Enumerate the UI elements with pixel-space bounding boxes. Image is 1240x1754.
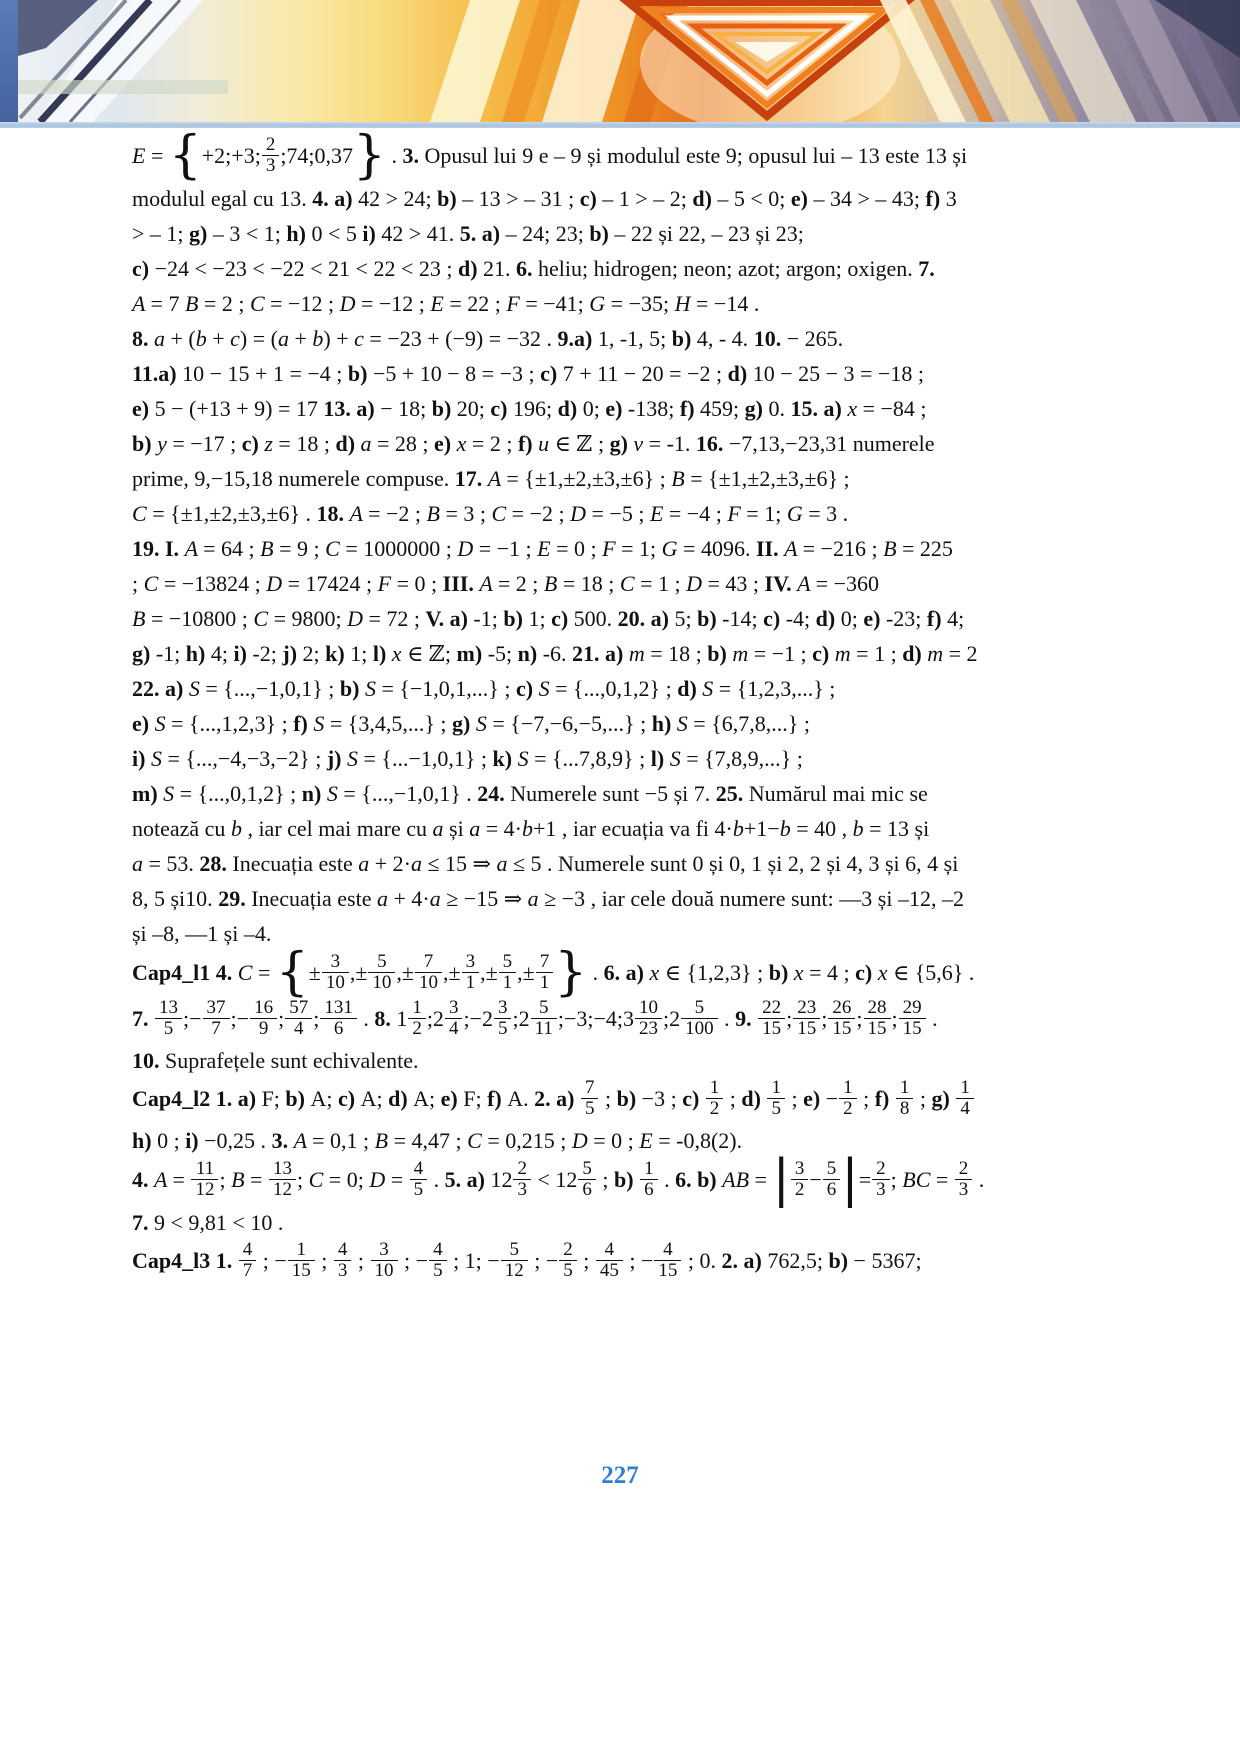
text-run: e) (791, 186, 814, 211)
text-run: −3 ; (642, 1086, 683, 1111)
text-run: ; (316, 1248, 333, 1273)
text-run: a (377, 886, 394, 911)
fraction: 2615 (827, 998, 856, 1040)
text-run: A (294, 1128, 313, 1153)
text-run: ) = ( (240, 326, 278, 351)
text-run: A (350, 501, 369, 526)
fraction: 415 (653, 1240, 682, 1282)
text-run: F (727, 501, 746, 526)
text-run: 0; (583, 396, 606, 421)
text-run: e) (863, 606, 886, 631)
fraction: 56 (822, 1159, 842, 1201)
text-run: = 4· (486, 816, 522, 841)
text-run: -2; (252, 641, 282, 666)
text-run: S (476, 711, 493, 736)
text-run: j) (327, 746, 347, 771)
text-line: 8, 5 și10. 29. Inecuația este a + 4·a ≥ … (132, 883, 1114, 915)
text-run: prime, 9,−15,18 numerele compuse. (132, 466, 455, 491)
fraction: 445 (595, 1240, 624, 1282)
text-run: ; (297, 1167, 309, 1192)
text-run: B (260, 536, 279, 561)
text-run: h) (652, 711, 677, 736)
text-run: 0; (841, 606, 864, 631)
text-run: = 43 ; (708, 571, 765, 596)
text-run: 6. b) (675, 1167, 722, 1192)
text-run: = 22 ; (449, 291, 506, 316)
text-run: m (732, 641, 753, 666)
text-run: F (378, 571, 397, 596)
text-run: A (479, 571, 498, 596)
text-run: g) (932, 1086, 956, 1111)
text-run: = −12 ; (270, 291, 339, 316)
fraction: 51 (498, 952, 518, 994)
text-run: = −12 ; (361, 291, 430, 316)
text-run: 196; (513, 396, 558, 421)
text-run: d) (902, 641, 927, 666)
text-run: + (294, 326, 312, 351)
text-run: B (231, 1167, 250, 1192)
text-run: S (313, 711, 330, 736)
text-run: a (469, 816, 486, 841)
fraction: 31 (461, 952, 481, 994)
text-run: 1; (350, 641, 373, 666)
text-run: E (132, 143, 151, 168)
text-run: A; (413, 1086, 441, 1111)
fraction: 574 (284, 998, 313, 1040)
text-run: 10. (754, 326, 787, 351)
text-run: Numerele sunt −5 și 7. (510, 781, 716, 806)
text-run: Suprafețele sunt echivalente. (165, 1048, 419, 1073)
text-run: S (518, 746, 535, 771)
text-run: . (659, 1167, 676, 1192)
text-run: F (602, 536, 621, 561)
text-run: ∈ {1,2,3} ; (665, 960, 769, 985)
text-run: , iar cel mai mare cu (247, 816, 432, 841)
text-run: -1; (156, 641, 186, 666)
text-run: = −4 ; (669, 501, 727, 526)
text-line: B = −10800 ; C = 9800; D = 72 ; V. a) -1… (132, 603, 1114, 635)
fraction: 23 (954, 1159, 974, 1201)
text-run: 459; (700, 396, 745, 421)
text-line: ; C = −13824 ; D = 17424 ; F = 0 ; III. … (132, 568, 1114, 600)
fraction: 12 (838, 1078, 858, 1120)
text-run: +1 , iar ecuația va fi 4· (533, 816, 733, 841)
text-line: Cap4_l3 1. 47 ; −115 ; 43 ; 310 ; −45 ; … (132, 1242, 1114, 1284)
text-run: ,± (443, 960, 461, 985)
text-run: m (835, 641, 856, 666)
text-run: . (587, 960, 604, 985)
text-run: 22. a) (132, 676, 189, 701)
text-run: ≥ −15 ⇒ (446, 886, 527, 911)
fraction: 45 (428, 1240, 448, 1282)
text-run: ;−2 (463, 1006, 493, 1031)
text-run: n) (518, 641, 543, 666)
text-run: a (411, 851, 428, 876)
text-run: 2. a) (534, 1086, 580, 1111)
text-run: D (570, 501, 591, 526)
text-run: = 28 ; (377, 431, 434, 456)
fraction: 12 (705, 1078, 725, 1120)
text-line: b) y = −17 ; c) z = 18 ; d) a = 28 ; e) … (132, 428, 1114, 460)
fraction: 14 (955, 1078, 975, 1120)
text-run: i) (185, 1128, 204, 1153)
text-run: 15. a) (790, 396, 847, 421)
text-run: = −35; (611, 291, 675, 316)
text-run: C (238, 960, 258, 985)
text-run: − 265. (787, 326, 843, 351)
text-run: a (132, 851, 149, 876)
text-run: b) (503, 606, 528, 631)
text-run: -1; (473, 606, 503, 631)
text-run: C (309, 1167, 329, 1192)
text-run: i) (132, 746, 151, 771)
text-run: = 2 (949, 641, 978, 666)
text-run: = (151, 143, 169, 168)
text-run: c) (763, 606, 786, 631)
header-art-image (18, 0, 1240, 122)
text-run: c) (580, 186, 603, 211)
text-run: G (787, 501, 808, 526)
text-run: b) (285, 1086, 310, 1111)
text-run: h) (286, 221, 311, 246)
text-run: l) (651, 746, 670, 771)
fraction: 23 (512, 1159, 532, 1201)
text-run: ;− (231, 1006, 250, 1031)
text-line: prime, 9,−15,18 numerele compuse. 17. A … (132, 463, 1114, 495)
text-line: 19. I. A = 64 ; B = 9 ; C = 1000000 ; D … (132, 533, 1114, 565)
text-run: = 72 ; (369, 606, 426, 631)
text-run: + 2· (375, 851, 411, 876)
text-run: = 0,1 ; (312, 1128, 375, 1153)
text-run: = (859, 1167, 871, 1192)
text-line: 7. 9 < 9,81 < 10 . (132, 1207, 1114, 1239)
text-run: = 17424 ; (288, 571, 378, 596)
fraction: 45 (409, 1159, 429, 1201)
text-run: ; (578, 1248, 595, 1273)
text-run: +2;+3; (202, 143, 261, 168)
text-run: = {3,4,5,...} ; (330, 711, 452, 736)
fraction: 35 (493, 998, 513, 1040)
text-run: d) (558, 396, 583, 421)
text-line: h) 0 ; i) −0,25 . 3. A = 0,1 ; B = 4,47 … (132, 1125, 1114, 1157)
text-run: 8, 5 și10. (132, 886, 218, 911)
text-run: h) (186, 641, 211, 666)
text-run: j) (282, 641, 302, 666)
text-run: x (794, 960, 809, 985)
fraction: 25 (558, 1240, 578, 1282)
text-run: 3. (272, 1128, 294, 1153)
text-run: = {1,2,3,...} ; (719, 676, 836, 701)
text-run: B (544, 571, 563, 596)
text-run: 2; (303, 641, 326, 666)
text-run: G (589, 291, 610, 316)
text-run: ; (352, 1248, 369, 1273)
text-run: ; (786, 1086, 803, 1111)
text-run: + (212, 326, 230, 351)
text-run: – 1 > – 2; (602, 186, 692, 211)
text-run: ; 0. (682, 1248, 721, 1273)
text-run: = {...,−4,−3,−2} ; (167, 746, 326, 771)
text-run: ;−3;−4;3 (558, 1006, 634, 1031)
text-run: −7,13,−23,31 numerele (729, 431, 935, 456)
text-run: +1− (744, 816, 780, 841)
text-run: S (189, 676, 206, 701)
text-run: m) (457, 641, 488, 666)
text-run: 6. a) (604, 960, 650, 985)
text-run: = 4096. (683, 536, 756, 561)
fraction: 23 (261, 135, 281, 177)
text-run: și (449, 816, 469, 841)
fraction: 115 (287, 1240, 316, 1282)
text-run: ; − (257, 1248, 287, 1273)
text-run: y (157, 431, 172, 456)
text-run: -6. (543, 641, 572, 666)
text-run: ∈ ℤ; (407, 641, 456, 666)
text-run: ; − (624, 1248, 654, 1273)
fraction: 15 (766, 1078, 786, 1120)
text-run: . (386, 143, 403, 168)
text-line: g) -1; h) 4; i) -2; j) 2; k) 1; l) x ∈ ℤ… (132, 638, 1114, 670)
text-run: a (361, 431, 378, 456)
text-run: E (650, 501, 669, 526)
text-run: ,± (480, 960, 498, 985)
text-run: 9.a) (558, 326, 598, 351)
text-run: C (467, 1128, 487, 1153)
text-line: c) −24 < −23 < −22 < 21 < 22 < 23 ; d) 2… (132, 253, 1114, 285)
text-run: −24 < −23 < −22 < 21 < 22 < 23 ; (155, 256, 458, 281)
text-run: 5. a) (445, 1167, 491, 1192)
text-run: ;− (183, 1006, 202, 1031)
fraction: 1316 (319, 998, 358, 1040)
text-run: k) (325, 641, 350, 666)
fraction: 1112 (190, 1159, 219, 1201)
left-margin-strip (0, 0, 18, 128)
text-run: = 2 ; (204, 291, 250, 316)
text-run: a (528, 886, 545, 911)
text-run: 24. (477, 781, 510, 806)
text-run: = {...,1,2,3} ; (171, 711, 293, 736)
text-run: C (491, 501, 511, 526)
text-run: a (433, 816, 450, 841)
text-run: 42 > 24; (358, 186, 437, 211)
text-run: b) (437, 186, 462, 211)
text-run: II. (756, 536, 784, 561)
fraction: 32 (790, 1159, 810, 1201)
text-run: S (155, 711, 172, 736)
text-run: x (392, 641, 407, 666)
text-run: V. a) (426, 606, 474, 631)
text-run: c) (490, 396, 513, 421)
text-run: heliu; hidrogen; neon; azot; argon; oxig… (538, 256, 918, 281)
text-run: – 3 < 1; (213, 221, 287, 246)
text-run: 10 − 25 − 3 = −18 ; (753, 361, 924, 386)
text-run: Inecuația este (251, 886, 377, 911)
text-run: Cap4_l3 1. (132, 1248, 238, 1273)
fraction: 310 (370, 1240, 399, 1282)
text-run: d) (335, 431, 360, 456)
text-run: f) (487, 1086, 507, 1111)
text-run: − 18; (380, 396, 432, 421)
text-run: D (369, 1167, 390, 1192)
text-run: a (496, 851, 513, 876)
text-run: = 0; (329, 1167, 370, 1192)
text-run: B (427, 501, 446, 526)
big-delimiter: { (276, 951, 309, 995)
text-line: m) S = {...,0,1,2} ; n) S = {...,−1,0,1}… (132, 778, 1114, 810)
text-run: b) (617, 1086, 642, 1111)
text-run: −5 + 10 − 8 = −3 ; (373, 361, 540, 386)
text-run: = (391, 1167, 409, 1192)
fraction: 56 (577, 1159, 597, 1201)
text-run: S (347, 746, 364, 771)
text-run: b) (432, 396, 457, 421)
text-run: 0 < 5 (311, 221, 362, 246)
text-run: C (325, 536, 345, 561)
text-run: Inecuația este (232, 851, 358, 876)
text-run: 0. (768, 396, 790, 421)
text-run: B (671, 466, 690, 491)
fraction: 23 (871, 1159, 891, 1201)
text-run: . (428, 1167, 445, 1192)
text-run: ,± (350, 960, 368, 985)
text-run: ∈ {5,6} . (893, 960, 974, 985)
text-run: . (973, 1167, 984, 1192)
text-run: l) (373, 641, 392, 666)
text-run: ;2 (512, 1006, 529, 1031)
text-line: i) S = {...,−4,−3,−2} ; j) S = {...−1,0,… (132, 743, 1114, 775)
text-run: b (522, 816, 533, 841)
text-run: = (755, 1167, 773, 1192)
text-run: d) (741, 1086, 766, 1111)
text-run: − (809, 1167, 821, 1192)
text-run: -138; (628, 396, 680, 421)
text-run: S (327, 781, 344, 806)
fraction: 16 (639, 1159, 659, 1201)
fraction: 2215 (757, 998, 786, 1040)
text-run: e) (132, 711, 155, 736)
text-run: A (488, 466, 507, 491)
text-line: > – 1; g) – 3 < 1; h) 0 < 5 i) 42 > 41. … (132, 218, 1114, 250)
text-run: = {7,8,9,...} ; (686, 746, 803, 771)
text-run: b) (707, 641, 732, 666)
text-run: Opusul lui 9 e – 9 și modulul este 9; op… (424, 143, 967, 168)
text-run: ; (219, 1167, 231, 1192)
text-run: 7. (918, 256, 935, 281)
text-run: S (365, 676, 382, 701)
text-line: modulul egal cu 13. 4. a) 42 > 24; b) – … (132, 183, 1114, 215)
text-run: Cap4_l2 1. a) (132, 1086, 262, 1111)
text-run: D (686, 571, 707, 596)
text-line: a = 53. 28. Inecuația este a + 2·a ≤ 15 … (132, 848, 1114, 880)
text-run: 5. a) (460, 221, 506, 246)
text-run: E (430, 291, 449, 316)
text-run: 2. a) (722, 1248, 768, 1273)
text-run: 19. I. (132, 536, 185, 561)
text-run: 11.a) (132, 361, 182, 386)
text-run: A; (361, 1086, 389, 1111)
text-run: = 1000000 ; (345, 536, 457, 561)
text-run: 12 (490, 1167, 512, 1192)
text-run: 21. (483, 256, 516, 281)
text-run: = 13 și (869, 816, 929, 841)
text-line: 4. A = 1112; B = 1312; C = 0; D = 45 . 5… (132, 1160, 1114, 1204)
text-run: 7. (132, 1210, 154, 1235)
text-run: 7. (132, 1006, 154, 1031)
text-run: ; − (399, 1248, 429, 1273)
text-run: E (639, 1128, 658, 1153)
text-run: = 0 ; (397, 571, 443, 596)
text-run: f) (926, 186, 946, 211)
text-run: D (266, 571, 287, 596)
text-line: 7. 135;−377;−169;574;1316 . 8. 112;234;−… (132, 1000, 1114, 1042)
text-run: n) (302, 781, 327, 806)
text-run: 20. a) (618, 606, 675, 631)
text-run: = −23 + (−9) = −32 . (369, 326, 557, 351)
text-run: – 34 > – 43; (814, 186, 926, 211)
text-run: 1, -1, 5; (598, 326, 672, 351)
text-run: a (278, 326, 295, 351)
text-run: = 9 ; (279, 536, 325, 561)
text-run: = 3 . (808, 501, 848, 526)
text-run: g) (132, 641, 156, 666)
text-run: F; (262, 1086, 286, 1111)
page-number: 227 (0, 1462, 1240, 1490)
text-run: b) (348, 361, 373, 386)
text-run: g) (745, 396, 769, 421)
text-run: 1; (528, 606, 551, 631)
text-run: = {...,−1,0,1} ; (205, 676, 340, 701)
text-run: S (163, 781, 180, 806)
text-run: b (196, 326, 213, 351)
text-line: E = {+2;+3;23;74;0,37} . 3. Opusul lui 9… (132, 136, 1114, 180)
text-run: > – 1; (132, 221, 189, 246)
text-run: AB (722, 1167, 754, 1192)
text-run: 0 ; (157, 1128, 185, 1153)
text-run: d) (677, 676, 702, 701)
text-line: Cap4_l1 4. C = {±310,±510,±710,±31,±51,±… (132, 953, 1114, 997)
text-run: – 5 < 0; (717, 186, 791, 211)
fraction: 12 (407, 998, 427, 1040)
text-run: 3. (402, 143, 424, 168)
text-run: b) (132, 431, 157, 456)
text-run: = {...7,8,9} ; (534, 746, 651, 771)
text-run: C (250, 291, 270, 316)
text-run: 8. (132, 326, 154, 351)
text-run: = −1 ; (479, 536, 537, 561)
text-run: G (662, 536, 683, 561)
text-run: F; (463, 1086, 487, 1111)
text-run: c) (516, 676, 539, 701)
fraction: 377 (202, 998, 231, 1040)
text-run: e) (132, 396, 155, 421)
text-run: = −84 ; (863, 396, 927, 421)
fraction: 18 (895, 1078, 915, 1120)
text-run: = (173, 1167, 191, 1192)
text-run: e) (441, 1086, 464, 1111)
text-run: e) (803, 1086, 826, 1111)
text-run: = {±1,±2,±3,±6} ; (506, 466, 671, 491)
text-run: c) (812, 641, 835, 666)
text-run: A (185, 536, 204, 561)
text-run: b) (828, 1248, 853, 1273)
text-run: = 4,47 ; (394, 1128, 468, 1153)
big-delimiter: | (772, 1158, 789, 1202)
text-run: 13. a) (323, 396, 380, 421)
text-run: c (230, 326, 240, 351)
text-run: notează cu (132, 816, 231, 841)
fraction: 75 (580, 1078, 600, 1120)
text-run: = 4 ; (809, 960, 855, 985)
